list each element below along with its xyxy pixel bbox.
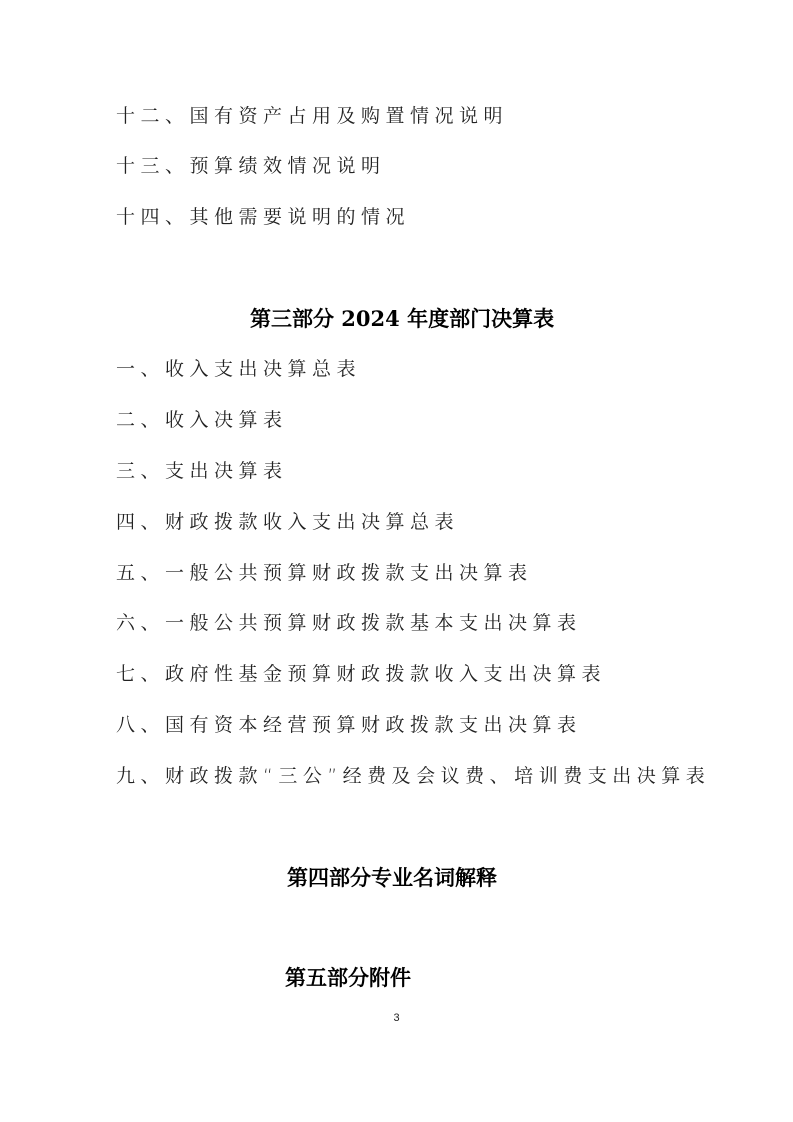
- toc-item-12: 十二、国有资产占用及购置情况说明: [116, 103, 508, 129]
- toc-item-part3-2: 二、收入决算表: [116, 407, 288, 433]
- toc-item-part3-6: 六、一般公共预算财政拨款基本支出决算表: [116, 610, 582, 636]
- toc-item-part3-3: 三、支出决算表: [116, 458, 288, 484]
- part3-heading: 第三部分 2024 年度部门决算表: [250, 305, 554, 333]
- part4-heading: 第四部分专业名词解释: [287, 864, 497, 892]
- toc-item-part3-1: 一、收入支出决算总表: [116, 356, 361, 382]
- toc-item-part3-7: 七、政府性基金预算财政拨款收入支出决算表: [116, 661, 606, 687]
- toc-item-part3-9: 九、财政拨款“三公”经费及会议费、培训费支出决算表: [116, 763, 710, 789]
- toc-item-part3-4: 四、财政拨款收入支出决算总表: [116, 509, 459, 535]
- document-page: 十二、国有资产占用及购置情况说明 十三、预算绩效情况说明 十四、其他需要说明的情…: [0, 0, 793, 1122]
- toc-item-13: 十三、预算绩效情况说明: [116, 153, 386, 179]
- toc-item-14: 十四、其他需要说明的情况: [116, 204, 410, 230]
- toc-item-part3-5: 五、一般公共预算财政拨款支出决算表: [116, 560, 533, 586]
- page-number: 3: [0, 1012, 793, 1024]
- toc-item-part3-8: 八、国有资本经营预算财政拨款支出决算表: [116, 712, 582, 738]
- part5-heading: 第五部分附件: [285, 964, 411, 992]
